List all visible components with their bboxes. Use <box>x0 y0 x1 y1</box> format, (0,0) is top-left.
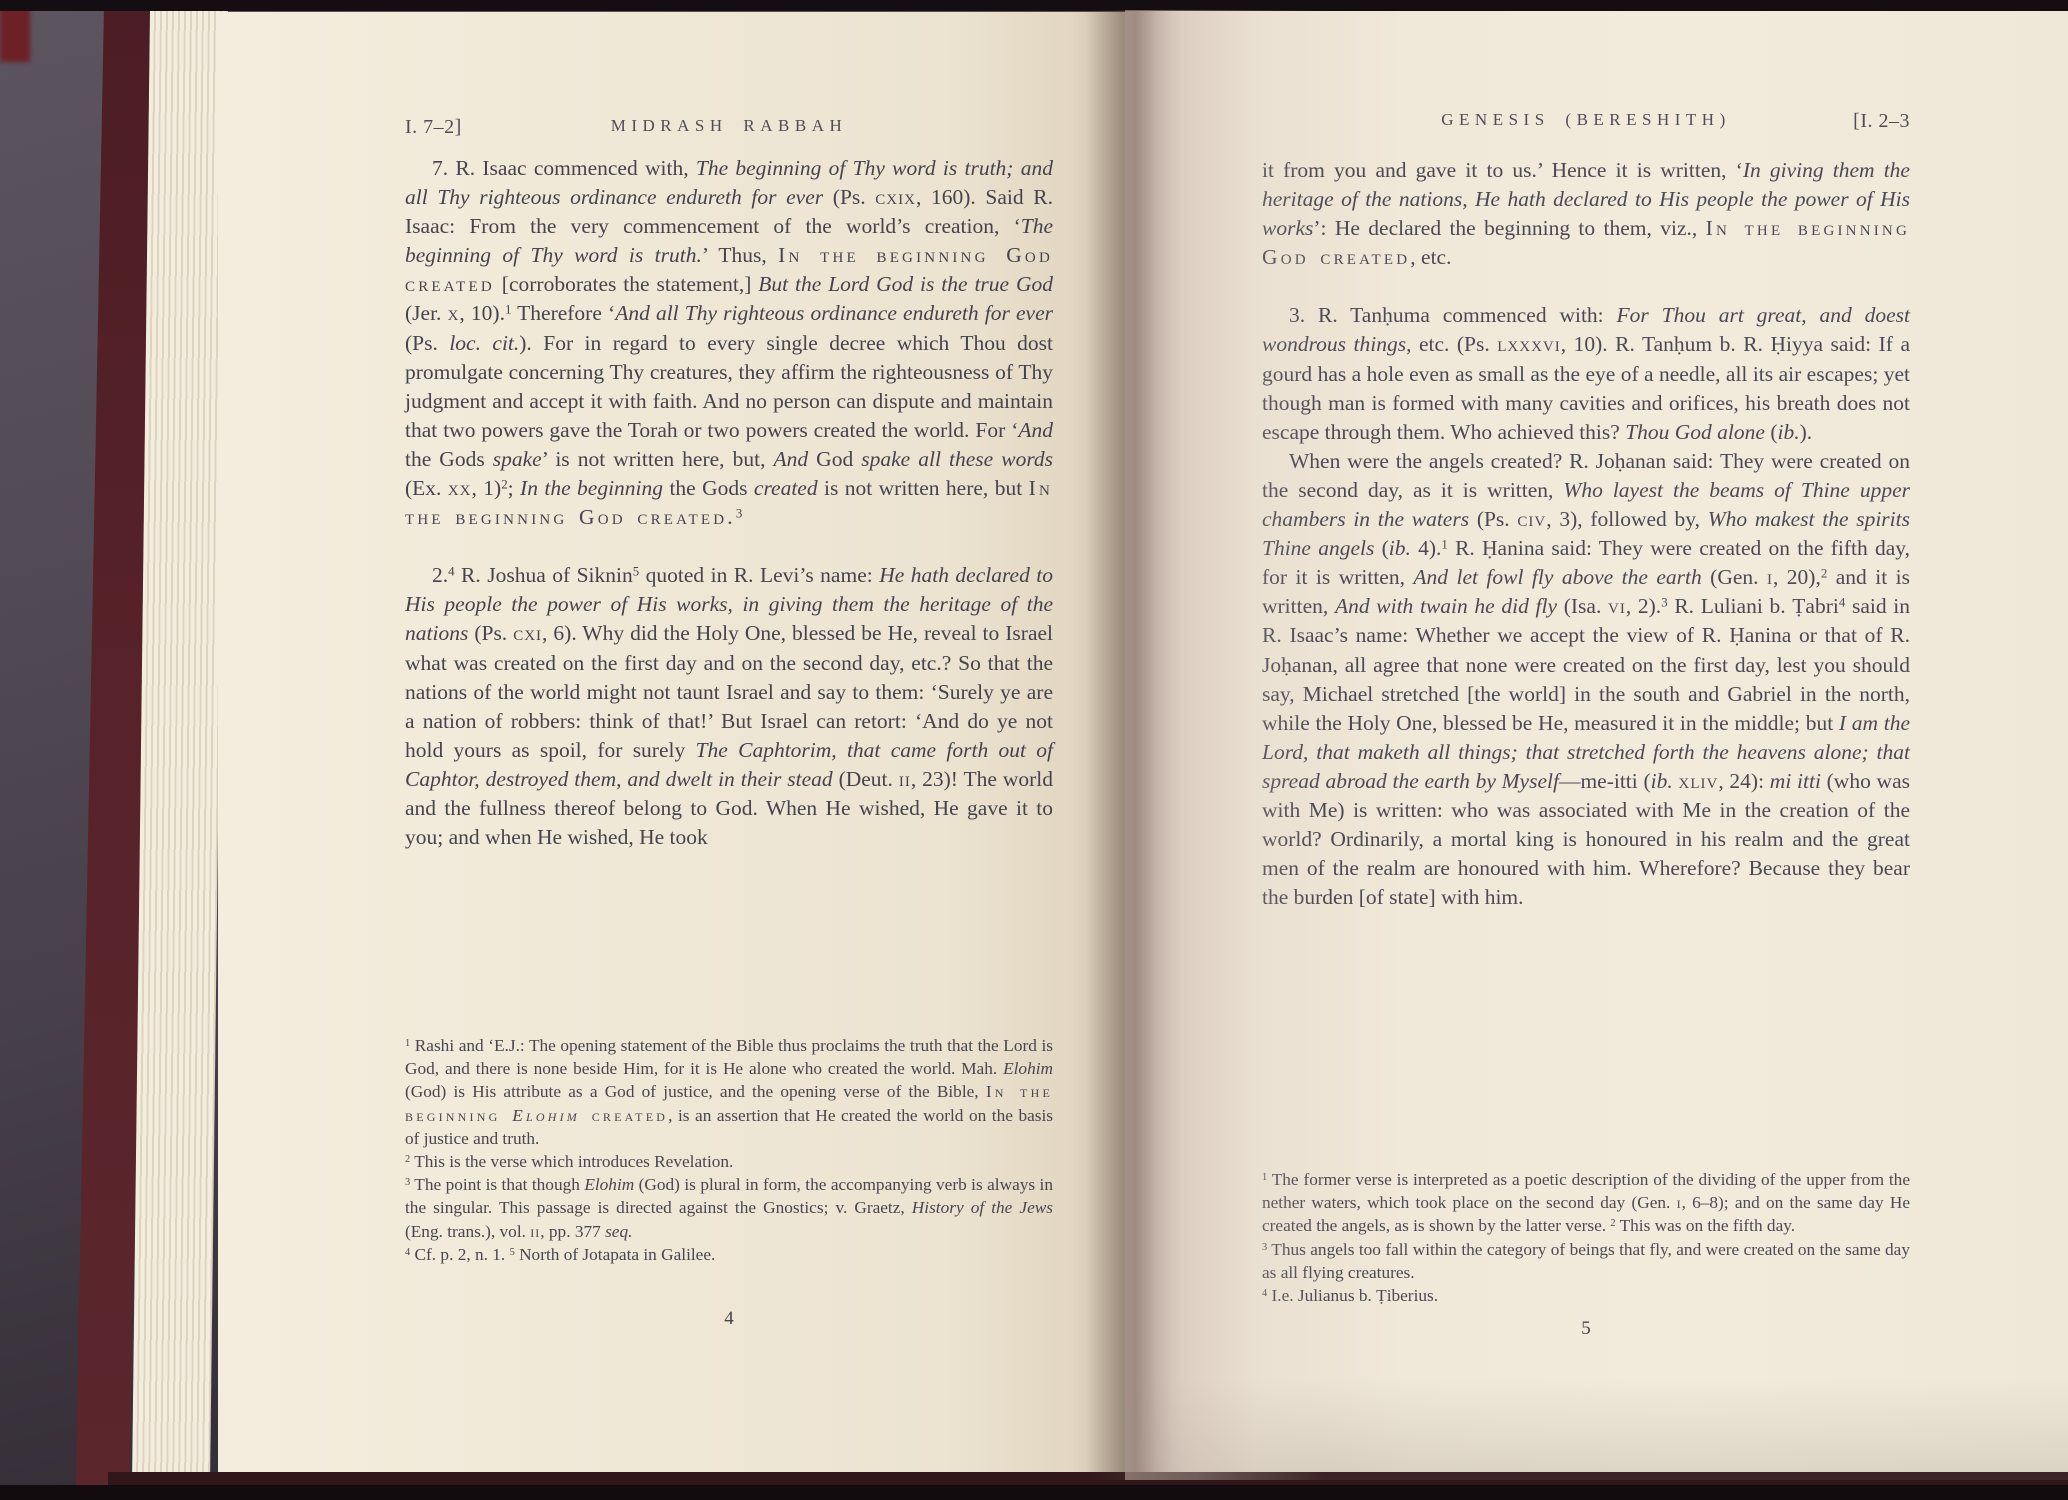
top-shadow <box>0 0 2068 11</box>
left-page-number: 4 <box>405 1308 1053 1330</box>
paragraph: 3. R. Tanḥuma commenced with: For Thou a… <box>1262 301 1910 446</box>
footnote: 1 Rashi and ‘E.J.: The opening statement… <box>405 1034 1053 1150</box>
paragraph: 7. R. Isaac commenced with, The beginnin… <box>405 154 1053 532</box>
chapter-title: GENESIS (BERESHITH) <box>1262 110 1910 130</box>
footnote: 2 This is the verse which introduces Rev… <box>405 1150 1053 1173</box>
book-title: MIDRASH RABBAH <box>405 116 1053 136</box>
right-page: GENESIS (BERESHITH) [I. 2–3 it from you … <box>1125 10 2068 1480</box>
paragraph: it from you and gave it to us.’ Hence it… <box>1262 156 1910 272</box>
section-reference-left: I. 7–2] <box>405 116 462 139</box>
bottom-shadow <box>0 1485 2068 1500</box>
right-footnotes: 1 The former verse is interpreted as a p… <box>1262 1168 1910 1307</box>
section-reference-right: [I. 2–3 <box>1853 110 1910 133</box>
paragraph: When were the angels created? R. Joḥanan… <box>1262 447 1910 913</box>
footnote: 1 The former verse is interpreted as a p… <box>1262 1168 1910 1238</box>
right-body-text: it from you and gave it to us.’ Hence it… <box>1262 156 1910 912</box>
footnote: 4 I.e. Julianus b. Ṭiberius. <box>1262 1284 1910 1307</box>
right-page-number: 5 <box>1262 1318 1910 1340</box>
left-page: I. 7–2] MIDRASH RABBAH 7. R. Isaac comme… <box>218 12 1125 1478</box>
left-footnotes: 1 Rashi and ‘E.J.: The opening statement… <box>405 1034 1053 1266</box>
paragraph: 2.4 R. Joshua of Siknin5 quoted in R. Le… <box>405 561 1053 852</box>
right-running-head: GENESIS (BERESHITH) [I. 2–3 <box>1262 110 1910 140</box>
left-body-text: 7. R. Isaac commenced with, The beginnin… <box>405 154 1053 852</box>
left-running-head: I. 7–2] MIDRASH RABBAH <box>405 116 1053 146</box>
footnote: 4 Cf. p. 2, n. 1. 5 North of Jotapata in… <box>405 1243 1053 1266</box>
footnote: 3 The point is that though Elohim (God) … <box>405 1173 1053 1243</box>
footnote: 3 Thus angels too fall within the catego… <box>1262 1238 1910 1284</box>
